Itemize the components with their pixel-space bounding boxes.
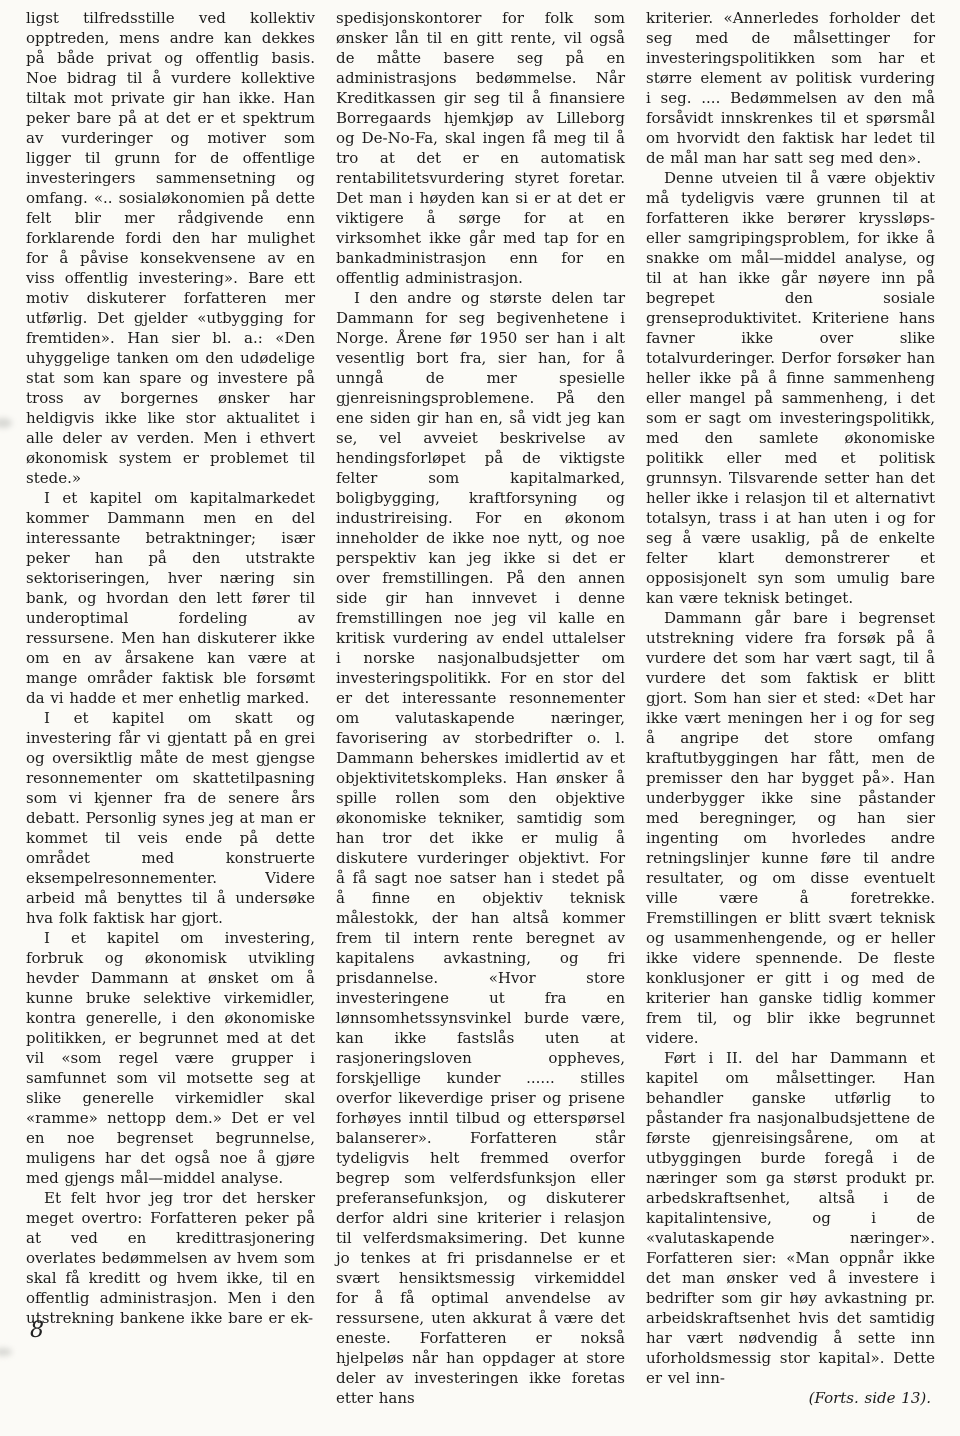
column-1: ligst tilfredsstille ved kollektiv opptr… [26, 8, 315, 1408]
continuation-note: (Forts. side 13). [646, 1388, 935, 1408]
paragraph: Denne utveien til å være objektiv må tyd… [646, 168, 935, 608]
paragraph: spedisjonskontorer for folk som ønsker l… [336, 8, 625, 288]
page-number: 8 [30, 1318, 44, 1343]
paragraph: kriterier. «Annerledes forholder det seg… [646, 8, 935, 168]
paragraph: Et felt hvor jeg tror det hersker meget … [26, 1188, 315, 1328]
column-2: spedisjonskontorer for folk som ønsker l… [336, 8, 625, 1408]
paragraph: Dammann går bare i begrenset utstrekning… [646, 608, 935, 1048]
paragraph: I et kapitel om investering, forbruk og … [26, 928, 315, 1188]
paragraph: Ført i II. del har Dammann et kapitel om… [646, 1048, 935, 1388]
paragraph: I et kapitel om kapitalmarkedet kommer D… [26, 488, 315, 708]
text-columns: ligst tilfredsstille ved kollektiv opptr… [26, 8, 935, 1408]
column-3: kriterier. «Annerledes forholder det seg… [646, 8, 935, 1408]
paragraph: I et kapitel om skatt og investering får… [26, 708, 315, 928]
scan-artifact [0, 1348, 12, 1356]
scan-artifact [0, 418, 12, 428]
paragraph: I den andre og største delen tar Dammann… [336, 288, 625, 1408]
scanned-document-page: ligst tilfredsstille ved kollektiv opptr… [0, 0, 960, 1436]
paragraph: ligst tilfredsstille ved kollektiv opptr… [26, 8, 315, 488]
